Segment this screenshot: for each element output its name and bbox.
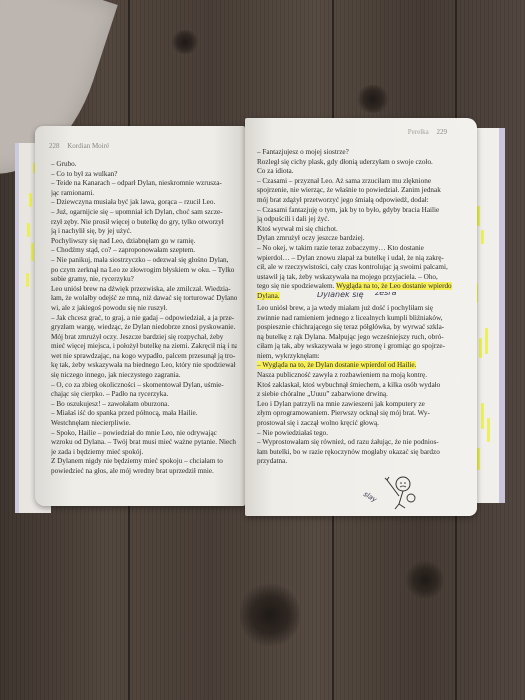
sticky-tab — [477, 448, 480, 470]
highlighted-line: – Wygląda na to, że Dylan dostanie wpier… — [257, 361, 452, 371]
right-page-text: – Fantazjujesz o mojej siostrze? Rozległ… — [257, 148, 452, 467]
text-line: spojrzenie, nie wierząc, że właśnie to p… — [257, 186, 452, 196]
page-number: 228 — [49, 142, 60, 150]
text-line: chając się cierpko. – Padło na rycerzyka… — [51, 390, 237, 400]
text-line: ją i nachylił się, by jej użyć. — [51, 227, 237, 237]
text-line: jąc ramionami. — [51, 189, 237, 199]
highlighted-passage: Dylana. — [257, 292, 280, 300]
sticky-tab — [481, 230, 484, 244]
text-line: prostował się i zaczął wolno kręcić głow… — [257, 419, 452, 429]
text-line: Dylan zmrużył oczy jeszcze bardziej. — [257, 234, 452, 244]
text-line: wzroku od Dylana. – Twój brat musi mieć … — [51, 438, 237, 448]
text-line: wet nie sprawdzając, na kogo wypadło, pa… — [51, 352, 237, 362]
text-line: zwinnie nad ramieniem jednego z licealny… — [257, 314, 452, 324]
text-line: ją odpuścili i dali jej żyć. — [257, 215, 452, 225]
text-line: – Już, ogarnijcie się – upomniał ich Dyl… — [51, 208, 237, 218]
right-running-header: Perełka 229 — [408, 128, 447, 136]
highlighted-passage: – Wygląda na to, że Dylan dostanie wpier… — [257, 361, 416, 369]
text-line: się niczego innego, jak nieczystego zagr… — [51, 371, 237, 381]
text-line: – Teide na Kanarach – odparł Dylan, nies… — [51, 179, 237, 189]
open-book: 228 Kordian Moiré – Grubo. – Co to był z… — [15, 118, 505, 523]
text-line: ną butelkę z rąk Dylana. Małpując jego w… — [257, 333, 452, 343]
left-page: 228 Kordian Moiré – Grubo. – Co to był z… — [35, 126, 245, 506]
text-line: – Fantazjujesz o mojej siostrze? — [257, 148, 452, 158]
text-line: pospiesznie chichrającego się teraz półg… — [257, 323, 452, 333]
text-line: – Chodźmy stąd, co? – zaproponowałam sze… — [51, 246, 237, 256]
handwritten-note: slay — [402, 361, 416, 362]
sticky-tab — [487, 418, 490, 442]
text-line: Nasza publiczność zawyła z rozbawieniem … — [257, 371, 452, 381]
sticky-tab — [481, 403, 484, 429]
text-line: – Co to był za wulkan? — [51, 170, 237, 180]
handwritten-note: zesra — [375, 292, 396, 298]
text-line: rzył zęby. Nie prosił więcej o butelkę d… — [51, 218, 237, 228]
text-line: – Czasami fantazjuję o tym, jak by to by… — [257, 206, 452, 216]
sticky-tab — [29, 193, 32, 207]
left-running-header: 228 Kordian Moiré — [49, 142, 109, 150]
text-line: złym oprogramowaniem. Pierwszy ocknął si… — [257, 409, 452, 419]
text-line: – No okej, w takim razie teraz zobaczymy… — [257, 244, 452, 254]
running-head: Perełka — [408, 128, 429, 136]
left-page-text: – Grubo. – Co to był za wulkan? – Teide … — [51, 160, 237, 477]
text-line: – Czasami – przyznał Leo. Aż sama zrzuci… — [257, 177, 452, 187]
text-line: łam butelki, bo w razie rękoczynów mogła… — [257, 448, 452, 458]
text-line: – O, co za zbieg okoliczności – skomento… — [51, 381, 237, 391]
text-line: Pochyliwszy się nad Leo, dziabnęłam go w… — [51, 237, 237, 247]
text-line: Leo uniósł brew na dźwięk przezwiska, al… — [51, 285, 237, 295]
text-line: Z Dylanem nigdy nie będziemy mieć spokoj… — [51, 457, 237, 467]
annotation-line: Dylana. Dylanek się zesra Leoaczyk — [257, 292, 452, 304]
wood-knot — [240, 580, 300, 650]
sticky-tab — [479, 338, 482, 358]
stick-figure-doodle — [375, 474, 420, 510]
text-fragment: tego się nie spodziewałem. — [257, 282, 334, 290]
right-page: Perełka 229 – Fantazjujesz o mojej siost… — [245, 118, 477, 516]
wood-knot — [355, 85, 391, 113]
highlighted-passage: Wygląda na to, że Leo dostanie wpierdol … — [336, 282, 452, 290]
sticky-tab — [27, 223, 30, 237]
page-number: 229 — [437, 128, 448, 136]
text-line: gryzłam wargę, wiedząc, że Dylan niedobr… — [51, 323, 237, 333]
text-line: sobie gramy, nie, rycerzyku? — [51, 275, 237, 285]
text-line: mój brat zdążył przetworzyć jego śmiałą … — [257, 196, 452, 206]
text-line: Leo uniósł brew, a ja wtedy miałam już d… — [257, 304, 452, 314]
text-line: ciłam ją tak, aby wskazywała w jego stro… — [257, 342, 452, 352]
text-line: – Nie powiedziałaś tego. — [257, 429, 452, 439]
text-line: kę tak, żeby wskazywała na biednego Leo,… — [51, 361, 237, 371]
text-line: cił, ale w rzeczywistości, cały czas kon… — [257, 263, 452, 273]
sticky-tab — [26, 273, 29, 287]
wood-knot — [405, 560, 445, 600]
text-line: – Miałaś iść do spanka przed północą, ma… — [51, 409, 237, 419]
text-line: – Wyprostowałam się również, od razu żał… — [257, 438, 452, 448]
text-line: Co za idiota. — [257, 167, 452, 177]
text-line: z siebie chóralne „Uuuu” zabarwione drwi… — [257, 390, 452, 400]
sticky-tab — [477, 206, 480, 226]
text-line: Leo i Dylan patrzyli na mnie zawieszeni … — [257, 400, 452, 410]
text-line: wi, ale z jakiegoś powodu się nie ruszył… — [51, 304, 237, 314]
text-line: Ktoś wyrwał mi się chichot. — [257, 225, 452, 235]
text-line: – Nie panikuj, mała siostrzyczko – odezw… — [51, 256, 237, 266]
text-line: Ktoś zaklaskał, ktoś wybuchnął śmiechem,… — [257, 381, 452, 391]
text-line: – Dziewczyna musiała być jak lawa, gorąc… — [51, 198, 237, 208]
handwritten-note: Dylanek się — [317, 292, 364, 300]
sticky-tab — [31, 243, 34, 261]
text-line: – Spoko, Hailie – powiedział do mnie Leo… — [51, 429, 237, 439]
text-line: – Grubo. — [51, 160, 237, 170]
highlighted-line: tego się nie spodziewałem. Wygląda na to… — [257, 282, 452, 292]
wood-knot — [170, 30, 200, 54]
text-line: je zada i będziemy mieć spokój. — [51, 448, 237, 458]
text-line: Rozległ się cichy plask, gdy dłonią uder… — [257, 158, 452, 168]
text-line: przydatna. — [257, 457, 452, 467]
running-head: Kordian Moiré — [67, 142, 109, 150]
sticky-tab — [485, 328, 488, 354]
text-line: niem, wykrzyknęłam: — [257, 352, 452, 362]
text-line: – Bo oszukujesz! – zawołałam oburzona. — [51, 400, 237, 410]
text-line: – Jak chcesz grać, to graj, a nie gadaj … — [51, 314, 237, 324]
text-line: wpierdol… – Dylan znowu złapał za butelk… — [257, 254, 452, 264]
text-line: po czym zerknął na Leo ze złowrogim błys… — [51, 266, 237, 276]
text-line: powiedzieć na głos, ale mój wredny brat … — [51, 467, 237, 477]
text-line: Westchnęłam niecierpliwie. — [51, 419, 237, 429]
text-line: ustawił ją tak, żeby wskazywała na mojeg… — [257, 273, 452, 283]
text-line: mieć więcej miejsca, i położył butelkę n… — [51, 342, 237, 352]
text-line: łam, że wolałby odejść ze mną, niż dawać… — [51, 294, 237, 304]
text-line: Mój brat zmrużył oczy. Jeszcze bardziej … — [51, 333, 237, 343]
